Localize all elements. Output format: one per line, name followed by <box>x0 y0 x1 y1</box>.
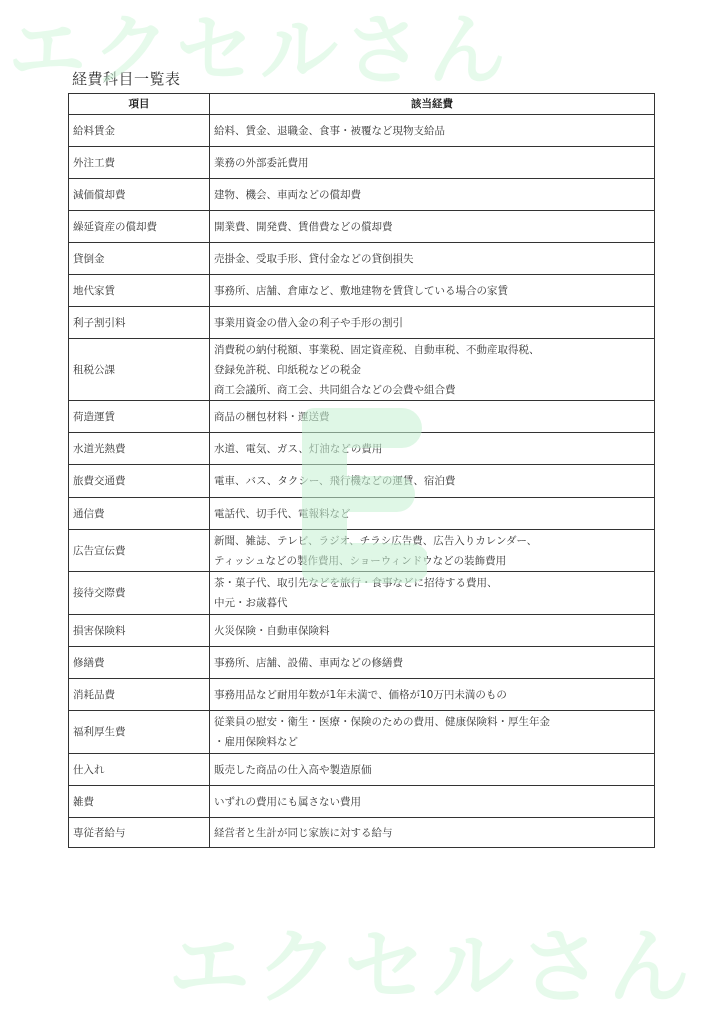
column-header-description: 該当経費 <box>210 94 655 115</box>
description-line: いずれの費用にも属さない費用 <box>214 792 650 812</box>
description-line: 消費税の納付税額、事業税、固定資産税、自動車税、不動産取得税、 <box>214 340 650 360</box>
expense-item-cell: 減価償却費 <box>69 179 210 211</box>
expense-item-cell: 福利厚生費 <box>69 711 210 754</box>
description-line: 業務の外部委託費用 <box>214 153 650 173</box>
expense-item-cell: 利子割引料 <box>69 307 210 339</box>
table-row: 貸倒金売掛金、受取手形、貸付金などの貸倒損失 <box>69 243 655 275</box>
description-line: 登録免許税、印紙税などの税金 <box>214 360 650 380</box>
table-header-row: 項目 該当経費 <box>69 94 655 115</box>
table-row: 給料賃金給料、賃金、退職金、食事・被覆など現物支給品 <box>69 115 655 147</box>
expense-item-cell: 修繕費 <box>69 647 210 679</box>
expense-description-cell: 売掛金、受取手形、貸付金などの貸倒損失 <box>210 243 655 275</box>
expense-item-cell: 損害保険料 <box>69 615 210 647</box>
table-row: 消耗品費事務用品など耐用年数が1年未満で、価格が10万円未満のもの <box>69 679 655 711</box>
expense-description-cell: 水道、電気、ガス、灯油などの費用 <box>210 433 655 465</box>
expense-description-cell: 事業用資金の借入金の利子や手形の割引 <box>210 307 655 339</box>
expense-description-cell: 消費税の納付税額、事業税、固定資産税、自動車税、不動産取得税、登録免許税、印紙税… <box>210 339 655 401</box>
expense-item-cell: 仕入れ <box>69 754 210 786</box>
page-title: 経費科目一覧表 <box>72 68 181 89</box>
description-line: 開業費、開発費、賃借費などの償却費 <box>214 217 650 237</box>
description-line: 茶・菓子代、取引先などを旅行・食事などに招待する費用、 <box>214 573 650 593</box>
table-row: 外注工費業務の外部委託費用 <box>69 147 655 179</box>
table-row: 旅費交通費電車、バス、タクシー、飛行機などの運賃、宿泊費 <box>69 465 655 498</box>
table-row: 荷造運賃商品の梱包材料・運送費 <box>69 401 655 433</box>
table-row: 接待交際費茶・菓子代、取引先などを旅行・食事などに招待する費用、中元・お歳暮代 <box>69 572 655 615</box>
expense-item-cell: 専従者給与 <box>69 818 210 848</box>
watermark-bottom: エクセルさん <box>168 920 696 1016</box>
table-row: 広告宣伝費新聞、雑誌、テレビ、ラジオ、チラシ広告費、広告入りカレンダー、ティッシ… <box>69 530 655 572</box>
expense-item-cell: 給料賃金 <box>69 115 210 147</box>
expense-item-cell: 広告宣伝費 <box>69 530 210 572</box>
expense-item-cell: 接待交際費 <box>69 572 210 615</box>
expense-item-cell: 通信費 <box>69 498 210 530</box>
expense-category-table: 項目 該当経費 給料賃金給料、賃金、退職金、食事・被覆など現物支給品外注工費業務… <box>68 93 655 848</box>
table-row: 損害保険料火災保険・自動車保険料 <box>69 615 655 647</box>
description-line: 販売した商品の仕入高や製造原価 <box>214 760 650 780</box>
description-line: 事業用資金の借入金の利子や手形の割引 <box>214 313 650 333</box>
expense-description-cell: 電話代、切手代、電報料など <box>210 498 655 530</box>
expense-item-cell: 地代家賃 <box>69 275 210 307</box>
description-line: 新聞、雑誌、テレビ、ラジオ、チラシ広告費、広告入りカレンダー、 <box>214 531 650 551</box>
expense-description-cell: 経営者と生計が同じ家族に対する給与 <box>210 818 655 848</box>
table-row: 専従者給与経営者と生計が同じ家族に対する給与 <box>69 818 655 848</box>
expense-description-cell: 火災保険・自動車保険料 <box>210 615 655 647</box>
expense-description-cell: 新聞、雑誌、テレビ、ラジオ、チラシ広告費、広告入りカレンダー、ティッシュなどの製… <box>210 530 655 572</box>
table-row: 租税公課消費税の納付税額、事業税、固定資産税、自動車税、不動産取得税、登録免許税… <box>69 339 655 401</box>
description-line: 商品の梱包材料・運送費 <box>214 407 650 427</box>
description-line: 商工会議所、商工会、共同組合などの会費や組合費 <box>214 380 650 400</box>
description-line: 建物、機会、車両などの償却費 <box>214 185 650 205</box>
description-line: 経営者と生計が同じ家族に対する給与 <box>214 823 650 843</box>
expense-description-cell: 業務の外部委託費用 <box>210 147 655 179</box>
table-row: 地代家賃事務所、店舗、倉庫など、敷地建物を賃貸している場合の家賃 <box>69 275 655 307</box>
expense-description-cell: 事務用品など耐用年数が1年未満で、価格が10万円未満のもの <box>210 679 655 711</box>
expense-item-cell: 荷造運賃 <box>69 401 210 433</box>
expense-item-cell: 租税公課 <box>69 339 210 401</box>
description-line: 中元・お歳暮代 <box>214 593 650 613</box>
expense-description-cell: 茶・菓子代、取引先などを旅行・食事などに招待する費用、中元・お歳暮代 <box>210 572 655 615</box>
expense-description-cell: 事務所、店舗、設備、車両などの修繕費 <box>210 647 655 679</box>
description-line: 従業員の慰安・衛生・医療・保険のための費用、健康保険料・厚生年金 <box>214 712 650 732</box>
description-line: 事務所、店舗、倉庫など、敷地建物を賃貸している場合の家賃 <box>214 281 650 301</box>
table-row: 通信費電話代、切手代、電報料など <box>69 498 655 530</box>
description-line: 電話代、切手代、電報料など <box>214 504 650 524</box>
expense-description-cell: 電車、バス、タクシー、飛行機などの運賃、宿泊費 <box>210 465 655 498</box>
description-line: 事務所、店舗、設備、車両などの修繕費 <box>214 653 650 673</box>
expense-description-cell: 給料、賃金、退職金、食事・被覆など現物支給品 <box>210 115 655 147</box>
column-header-item: 項目 <box>69 94 210 115</box>
description-line: ・雇用保険料など <box>214 732 650 752</box>
table-body: 給料賃金給料、賃金、退職金、食事・被覆など現物支給品外注工費業務の外部委託費用減… <box>69 115 655 848</box>
description-line: 給料、賃金、退職金、食事・被覆など現物支給品 <box>214 121 650 141</box>
expense-description-cell: いずれの費用にも属さない費用 <box>210 786 655 818</box>
expense-item-cell: 外注工費 <box>69 147 210 179</box>
description-line: 売掛金、受取手形、貸付金などの貸倒損失 <box>214 249 650 269</box>
table-row: 雑費いずれの費用にも属さない費用 <box>69 786 655 818</box>
expense-item-cell: 貸倒金 <box>69 243 210 275</box>
table-row: 繰延資産の償却費開業費、開発費、賃借費などの償却費 <box>69 211 655 243</box>
expense-description-cell: 販売した商品の仕入高や製造原価 <box>210 754 655 786</box>
table-row: 修繕費事務所、店舗、設備、車両などの修繕費 <box>69 647 655 679</box>
table-row: 水道光熱費水道、電気、ガス、灯油などの費用 <box>69 433 655 465</box>
expense-description-cell: 商品の梱包材料・運送費 <box>210 401 655 433</box>
table-row: 福利厚生費従業員の慰安・衛生・医療・保険のための費用、健康保険料・厚生年金・雇用… <box>69 711 655 754</box>
expense-item-cell: 繰延資産の償却費 <box>69 211 210 243</box>
table-row: 減価償却費建物、機会、車両などの償却費 <box>69 179 655 211</box>
expense-item-cell: 消耗品費 <box>69 679 210 711</box>
description-line: 事務用品など耐用年数が1年未満で、価格が10万円未満のもの <box>214 685 650 705</box>
expense-item-cell: 水道光熱費 <box>69 433 210 465</box>
table-row: 利子割引料事業用資金の借入金の利子や手形の割引 <box>69 307 655 339</box>
description-line: 水道、電気、ガス、灯油などの費用 <box>214 439 650 459</box>
expense-description-cell: 開業費、開発費、賃借費などの償却費 <box>210 211 655 243</box>
description-line: 電車、バス、タクシー、飛行機などの運賃、宿泊費 <box>214 471 650 491</box>
expense-item-cell: 旅費交通費 <box>69 465 210 498</box>
table-row: 仕入れ販売した商品の仕入高や製造原価 <box>69 754 655 786</box>
expense-item-cell: 雑費 <box>69 786 210 818</box>
expense-description-cell: 従業員の慰安・衛生・医療・保険のための費用、健康保険料・厚生年金・雇用保険料など <box>210 711 655 754</box>
expense-description-cell: 事務所、店舗、倉庫など、敷地建物を賃貸している場合の家賃 <box>210 275 655 307</box>
description-line: 火災保険・自動車保険料 <box>214 621 650 641</box>
description-line: ティッシュなどの製作費用、ショーウィンドウなどの装飾費用 <box>214 551 650 571</box>
expense-description-cell: 建物、機会、車両などの償却費 <box>210 179 655 211</box>
